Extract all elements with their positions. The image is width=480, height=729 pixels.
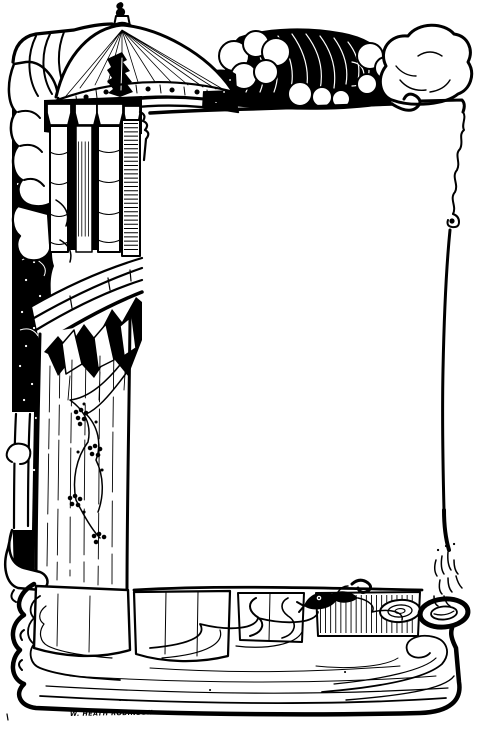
- border-illustration: W. HEATH ROBINSON.: [0, 0, 480, 729]
- colonnade: [44, 96, 148, 256]
- capital: [47, 104, 71, 125]
- bracket-volute: [7, 444, 31, 464]
- cloud-puff: [288, 82, 312, 106]
- capital: [75, 104, 97, 125]
- artist-signature: W. HEATH ROBINSON.: [70, 709, 156, 718]
- cloud-puff: [312, 87, 332, 107]
- column-shaft: [98, 126, 120, 252]
- column-foot-slab: [34, 586, 130, 656]
- left-cloud-lower-puff: [13, 206, 50, 260]
- capital: [97, 104, 123, 125]
- stone-slab-b: [238, 593, 304, 642]
- spiral-dot: [449, 218, 454, 223]
- big-cumulus-cloud: [380, 25, 471, 104]
- eddy-outer-ring: [419, 597, 469, 629]
- column-shaft: [50, 126, 68, 252]
- cloud-puff: [254, 60, 278, 84]
- fish-pupil: [318, 597, 320, 599]
- illustration-page: W. HEATH ROBINSON.: [0, 0, 480, 729]
- cloud-puff: [357, 74, 377, 94]
- eddy-large: [419, 597, 469, 629]
- stone-slab-a: [134, 591, 230, 661]
